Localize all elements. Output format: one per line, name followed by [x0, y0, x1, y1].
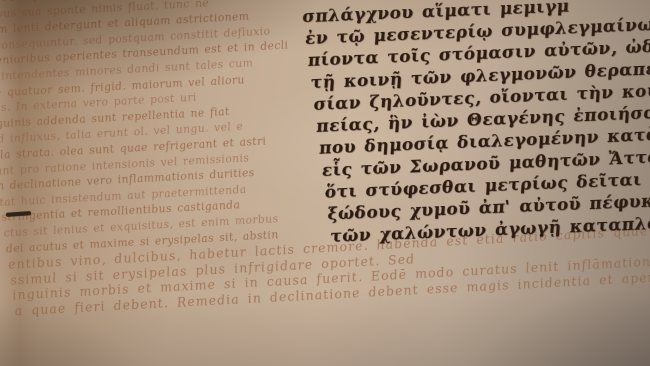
greek-printed-text-block: ν αἱ μα τὶ ν ὠσπλάγχνου αἵματι μεμιγμἐν … — [298, 0, 650, 248]
manuscript-page-photo: m quod a parte mulij alvus sua sponte ni… — [0, 0, 650, 366]
